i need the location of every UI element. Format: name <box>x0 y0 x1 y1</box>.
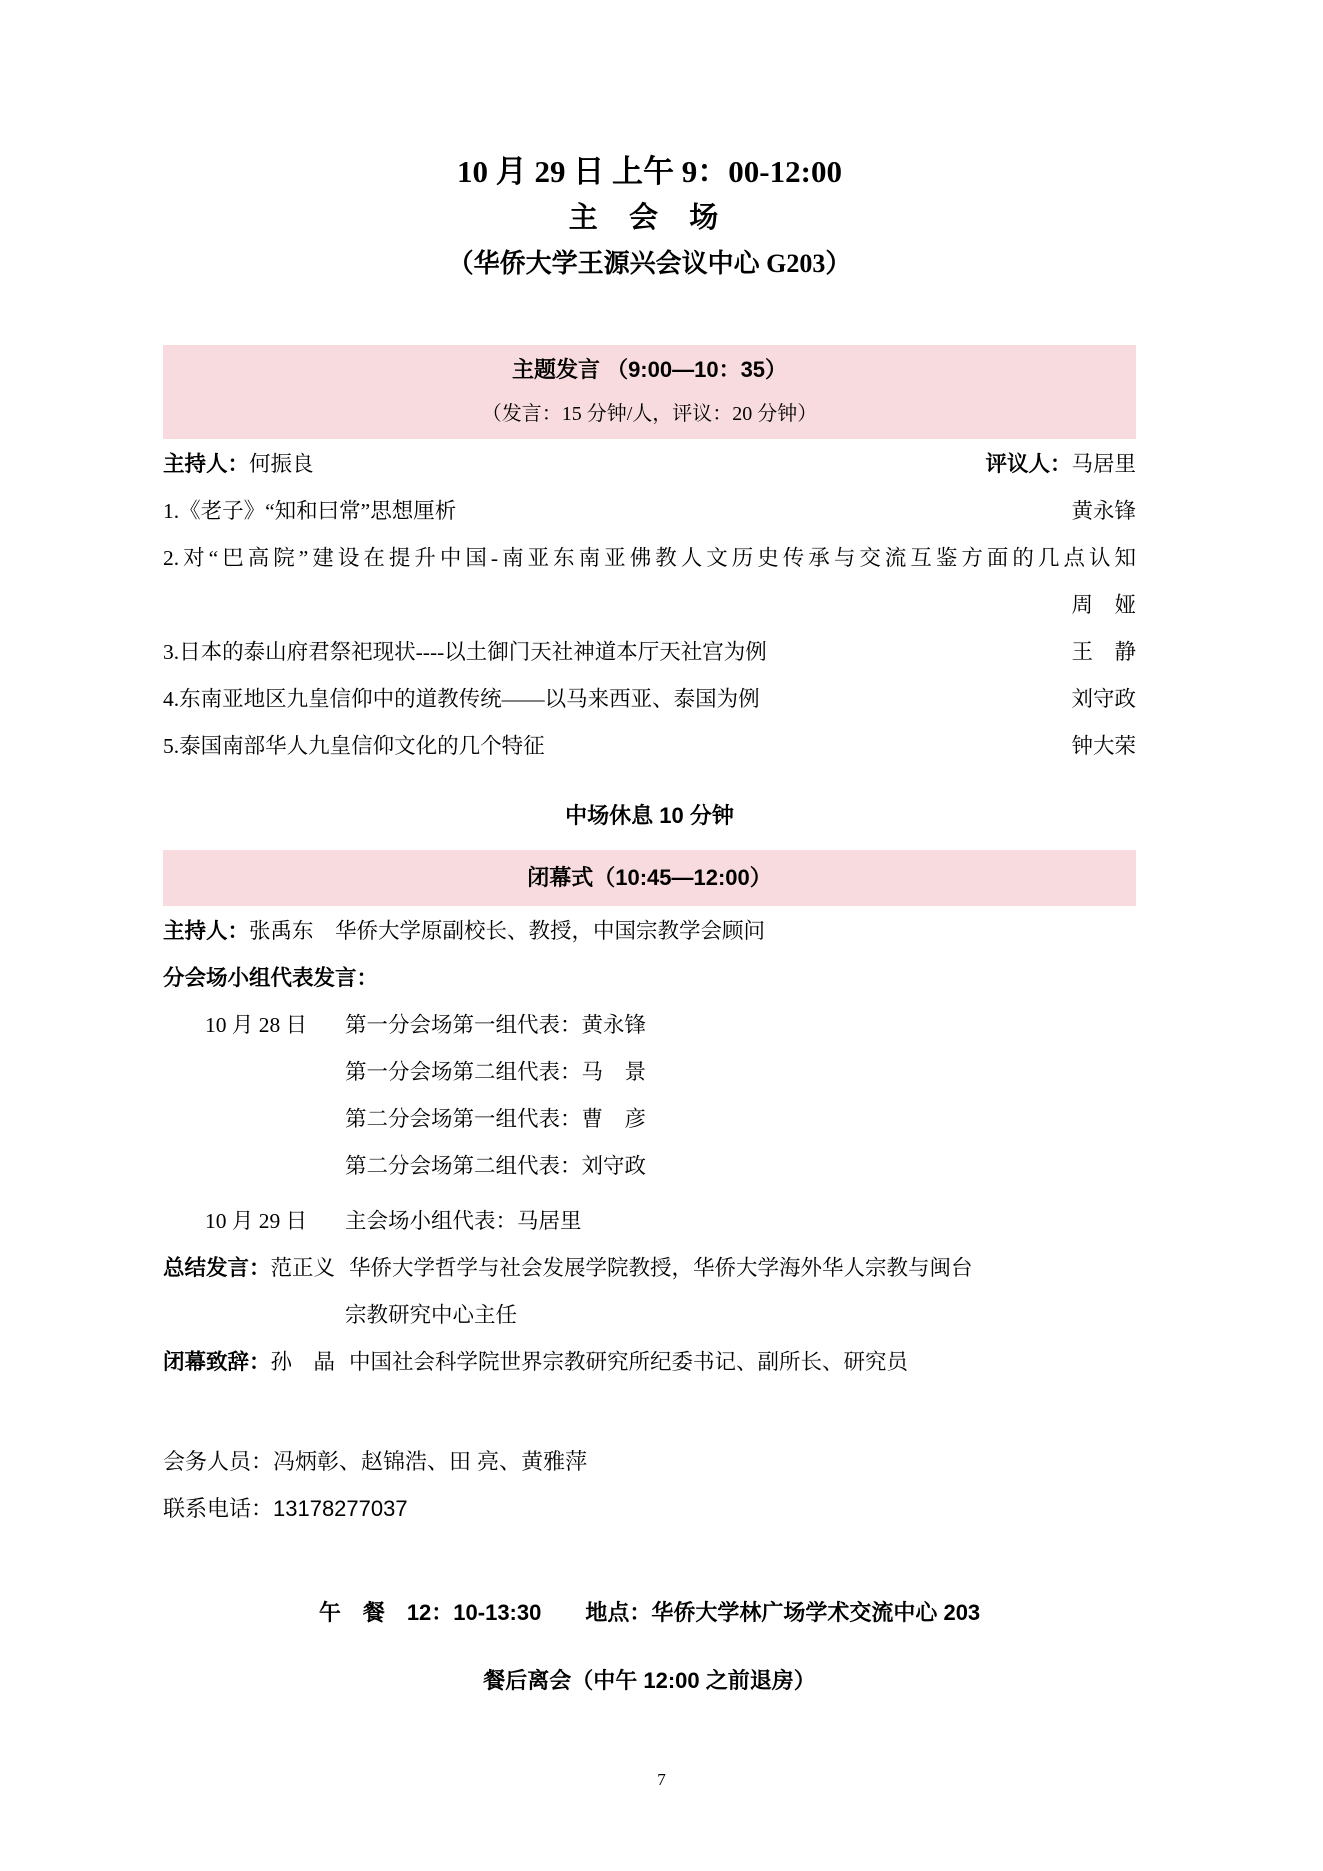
rep-text: 第一分会场第一组代表：黄永锋 <box>345 1008 646 1039</box>
talk-title: 1.《老子》“知和曰常”思想厘析 <box>163 494 456 525</box>
keynote-banner-title: 主题发言 （9:00—10：35） <box>163 345 1136 385</box>
intermission-note: 中场休息 10 分钟 <box>163 792 1136 839</box>
leave-note: 餐后离会（中午 12:00 之前退房） <box>163 1657 1136 1704</box>
rep-date: 10 月 28 日 <box>205 1008 345 1039</box>
title-block: 10 月 29 日 上午 9：00-12:00 主 会 场 （华侨大学王源兴会议… <box>163 0 1136 282</box>
host-group: 主持人： 何振良 <box>163 447 314 478</box>
summary-text: 华侨大学哲学与社会发展学院教授，华侨大学海外华人宗教与闽台 <box>349 1251 973 1282</box>
closing-host-label: 主持人： <box>163 914 249 945</box>
rep-row: 第二分会场第一组代表：曹 彦 <box>163 1094 1136 1141</box>
host-name: 何振良 <box>249 447 314 478</box>
page-number: 7 <box>0 1770 1323 1790</box>
rep-text: 主会场小组代表：马居里 <box>345 1204 582 1235</box>
talk-item: 4.东南亚地区九皇信仰中的道教传统——以马来西亚、泰国为例 刘守政 <box>163 674 1136 721</box>
summary-continuation: 宗教研究中心主任 <box>345 1298 517 1329</box>
reviewer-label: 评议人： <box>985 447 1071 478</box>
talk-speaker: 刘守政 <box>1071 682 1136 713</box>
talk-item: 2.对“巴高院”建设在提升中国-南亚东南亚佛教人文历史传承与交流互鉴方面的几点认… <box>163 533 1136 580</box>
talk-item: 3.日本的泰山府君祭祀现状----以土御门天社神道本厅天社宫为例 王 静 <box>163 627 1136 674</box>
rep-text: 第一分会场第二组代表：马 景 <box>345 1055 646 1086</box>
closing-speech-name: 孙 晶 <box>271 1345 336 1376</box>
rep-date: 10 月 29 日 <box>205 1204 345 1235</box>
host-label: 主持人： <box>163 447 249 478</box>
reviewer-group: 评议人： 马居里 <box>985 447 1136 478</box>
page-title-venue: 主 会 场 <box>163 198 1136 238</box>
talk-speaker: 钟大荣 <box>1071 729 1136 760</box>
talk-title: 2.对“巴高院”建设在提升中国-南亚东南亚佛教人文历史传承与交流互鉴方面的几点认… <box>163 541 1136 572</box>
closing-speech-label: 闭幕致辞： <box>163 1345 271 1376</box>
closing-host-text: 张禹东 华侨大学原副校长、教授，中国宗教学会顾问 <box>249 914 765 945</box>
rep-text: 第二分会场第二组代表：刘守政 <box>345 1149 646 1180</box>
closing-speech-row: 闭幕致辞： 孙 晶 中国社会科学院世界宗教研究所纪委书记、副所长、研究员 <box>163 1337 1136 1384</box>
reps-heading: 分会场小组代表发言： <box>163 961 378 992</box>
phone-line: 联系电话：13178277037 <box>163 1492 408 1523</box>
rep-row: 10 月 28 日 第一分会场第一组代表：黄永锋 <box>163 1000 1136 1047</box>
reviewer-name: 马居里 <box>1071 447 1136 478</box>
phone-row: 联系电话：13178277037 <box>163 1484 1136 1531</box>
lunch-note: 午 餐 12：10-13:30 地点：华侨大学林广场学术交流中心 203 <box>163 1589 1136 1636</box>
talk-title: 4.东南亚地区九皇信仰中的道教传统——以马来西亚、泰国为例 <box>163 682 760 713</box>
reps-heading-row: 分会场小组代表发言： <box>163 953 1136 1000</box>
talk-item: 5.泰国南部华人九皇信仰文化的几个特征 钟大荣 <box>163 721 1136 768</box>
rep-row: 第一分会场第二组代表：马 景 <box>163 1047 1136 1094</box>
keynote-banner: 主题发言 （9:00—10：35） （发言：15 分钟/人，评议：20 分钟） <box>163 345 1136 439</box>
page-title-date: 10 月 29 日 上午 9：00-12:00 <box>163 150 1136 194</box>
summary-label: 总结发言： <box>163 1251 271 1282</box>
page-title-location: （华侨大学王源兴会议中心 G203） <box>163 246 1136 282</box>
rep-text: 第二分会场第一组代表：曹 彦 <box>345 1102 646 1133</box>
talk-speaker: 周 娅 <box>1071 588 1136 619</box>
talk-speaker: 黄永锋 <box>1071 494 1136 525</box>
talk-speaker: 王 静 <box>1071 635 1136 666</box>
document-page: 10 月 29 日 上午 9：00-12:00 主 会 场 （华侨大学王源兴会议… <box>0 0 1323 1871</box>
document-content: 10 月 29 日 上午 9：00-12:00 主 会 场 （华侨大学王源兴会议… <box>163 0 1136 1704</box>
rep-row: 第二分会场第二组代表：刘守政 <box>163 1141 1136 1188</box>
keynote-banner-subtitle: （发言：15 分钟/人，评议：20 分钟） <box>163 401 1136 427</box>
talk-speaker-row: 周 娅 <box>163 580 1136 627</box>
summary-name: 范正义 <box>271 1251 336 1282</box>
closing-speech-text: 中国社会科学院世界宗教研究所纪委书记、副所长、研究员 <box>349 1345 908 1376</box>
closing-banner: 闭幕式（10:45—12:00） <box>163 850 1136 906</box>
talk-title: 3.日本的泰山府君祭祀现状----以土御门天社神道本厅天社宫为例 <box>163 635 767 666</box>
summary-row: 总结发言： 范正义 华侨大学哲学与社会发展学院教授，华侨大学海外华人宗教与闽台 <box>163 1243 1136 1290</box>
talk-title: 5.泰国南部华人九皇信仰文化的几个特征 <box>163 729 545 760</box>
rep-row: 10 月 29 日 主会场小组代表：马居里 <box>163 1196 1136 1243</box>
staff-line: 会务人员：冯炳彰、赵锦浩、田 亮、黄雅萍 <box>163 1445 587 1476</box>
host-reviewer-row: 主持人： 何振良 评议人： 马居里 <box>163 439 1136 486</box>
closing-host-row: 主持人： 张禹东 华侨大学原副校长、教授，中国宗教学会顾问 <box>163 906 1136 953</box>
talk-item: 1.《老子》“知和曰常”思想厘析 黄永锋 <box>163 486 1136 533</box>
staff-row: 会务人员：冯炳彰、赵锦浩、田 亮、黄雅萍 <box>163 1437 1136 1484</box>
closing-banner-title: 闭幕式（10:45—12:00） <box>163 850 1136 906</box>
summary-continuation-row: 宗教研究中心主任 <box>163 1290 1136 1337</box>
